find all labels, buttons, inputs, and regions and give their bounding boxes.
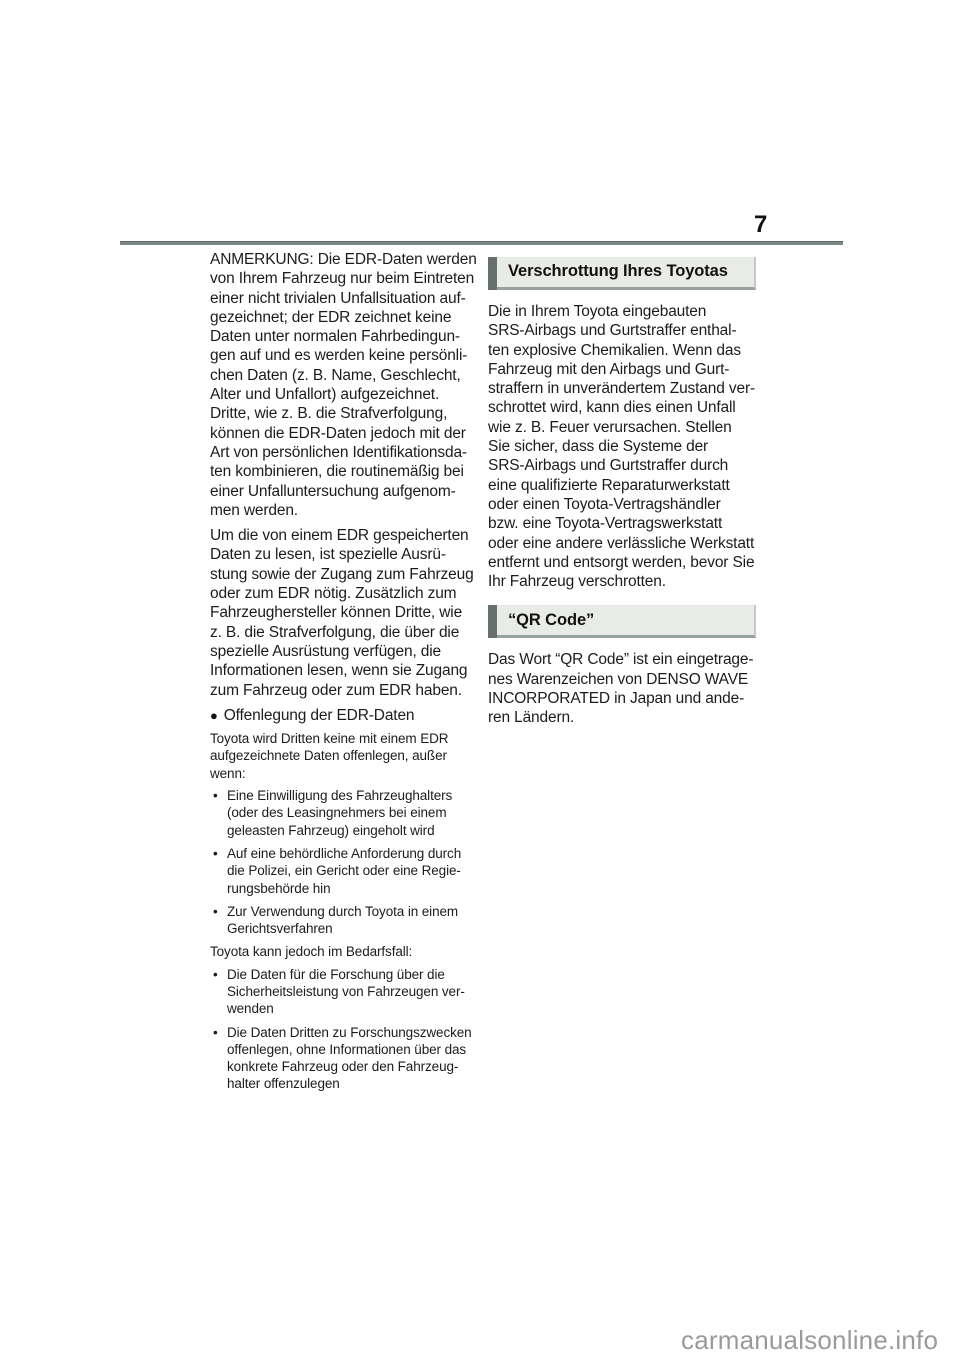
header-rule (120, 241, 843, 245)
watermark-text: carmanualsonline.info (681, 1325, 938, 1356)
page-number: 7 (754, 211, 784, 239)
paragraph-edr-access: Um die von einem EDR gespeicherten Daten… (210, 526, 478, 700)
note-disclosure-conditions: Toyota wird Dritten keine mit einem EDR … (210, 730, 478, 782)
right-column: Verschrottung Ihres Toyotas Die in Ihrem… (488, 257, 756, 734)
section-title: “QR Code” (488, 611, 594, 630)
list-item: • Eine Einwilligung des Fahrzeughalters … (210, 787, 478, 839)
list-item-text: Die Daten Dritten zu Forschungszwecken o… (227, 1024, 472, 1093)
list-item-text: Die Daten für die Forschung über die Sic… (227, 966, 465, 1018)
note-toyota-may: Toyota kann jedoch im Bedarfsfall: (210, 943, 478, 960)
list-item: • Die Daten Dritten zu Forschungszwecken… (210, 1024, 478, 1093)
list-item-text: Eine Einwilligung des Fahrzeughalters (o… (227, 787, 452, 839)
header-accent-bar (488, 257, 497, 290)
bullet-icon: • (213, 845, 222, 862)
section-header-qr-code: “QR Code” (488, 605, 756, 638)
section-bullet-icon: ● (210, 706, 218, 725)
paragraph-verschrottung: Die in Ihrem Toyota eingebauten SRS-Airb… (488, 302, 756, 591)
paragraph-qr-code: Das Wort “QR Code” ist ein eingetrage- n… (488, 650, 756, 727)
subsection-heading-label: Offenlegung der EDR-Daten (224, 706, 415, 725)
list-item: • Auf eine behördliche Anforderung durch… (210, 845, 478, 897)
paragraph-edr-note: ANMERKUNG: Die EDR-Daten werden von Ihre… (210, 250, 478, 520)
list-item-text: Auf eine behördliche Anforderung durch d… (227, 845, 461, 897)
list-item-text: Zur Verwendung durch Toyota in einem Ger… (227, 903, 458, 938)
subsection-heading-offenlegung: ● Offenlegung der EDR-Daten (210, 706, 478, 725)
section-header-verschrottung: Verschrottung Ihres Toyotas (488, 257, 756, 290)
header-accent-bar (488, 605, 497, 638)
bullet-icon: • (213, 1024, 222, 1041)
left-column: ANMERKUNG: Die EDR-Daten werden von Ihre… (210, 250, 478, 1099)
bullet-icon: • (213, 903, 222, 920)
list-item: • Zur Verwendung durch Toyota in einem G… (210, 903, 478, 938)
manual-page: 7 ANMERKUNG: Die EDR-Daten werden von Ih… (0, 0, 960, 1358)
bullet-icon: • (213, 966, 222, 983)
section-title: Verschrottung Ihres Toyotas (488, 262, 728, 281)
list-item: • Die Daten für die Forschung über die S… (210, 966, 478, 1018)
bullet-icon: • (213, 787, 222, 804)
